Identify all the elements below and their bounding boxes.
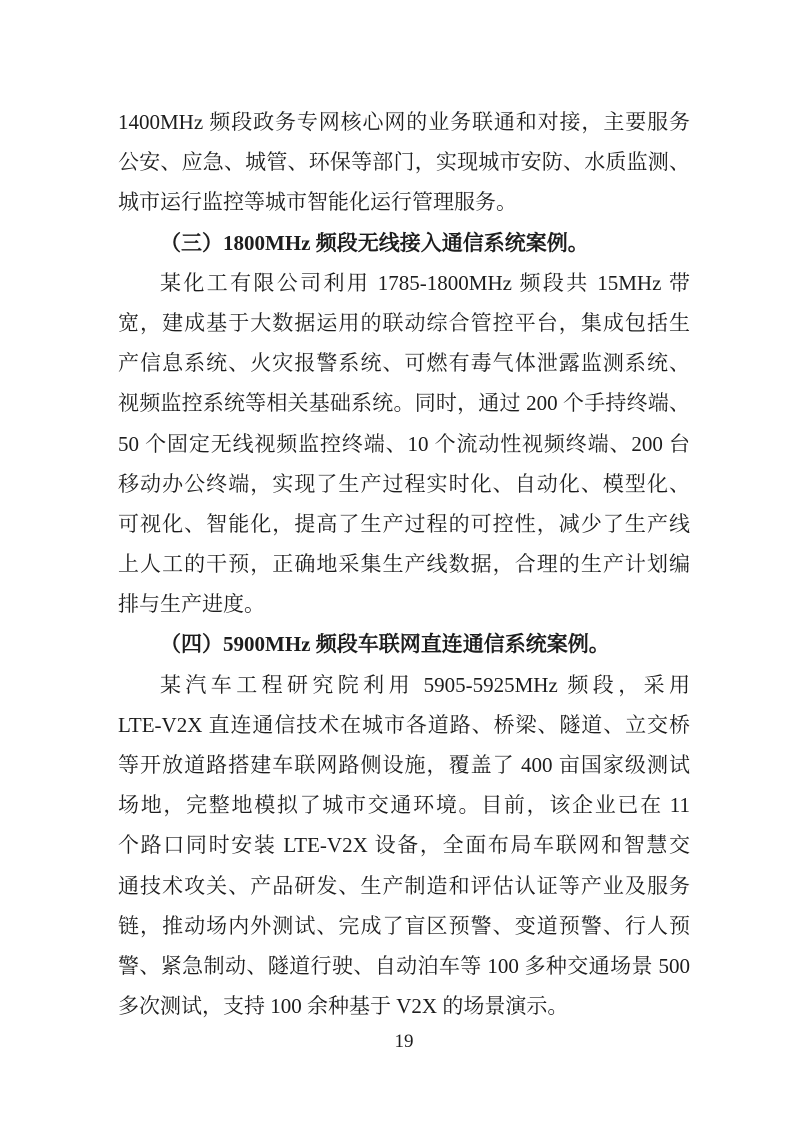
text-line: 排与生产进度。 — [118, 584, 690, 624]
section-heading: （四）5900MHz 频段车联网直连通信系统案例。 — [118, 624, 690, 664]
text-line: 场地，完整地模拟了城市交通环境。目前，该企业已在 11 — [118, 785, 690, 825]
text-line: 产信息系统、火灾报警系统、可燃有毒气体泄露监测系统、 — [118, 343, 690, 383]
text-line: 个路口同时安装 LTE-V2X 设备，全面布局车联网和智慧交 — [118, 825, 690, 865]
text-line: 某化工有限公司利用 1785-1800MHz 频段共 15MHz 带 — [118, 263, 690, 303]
text-line: 城市运行监控等城市智能化运行管理服务。 — [118, 182, 690, 222]
text-line: 等开放道路搭建车联网路侧设施，覆盖了 400 亩国家级测试 — [118, 745, 690, 785]
text-line: 宽，建成基于大数据运用的联动综合管控平台，集成包括生 — [118, 303, 690, 343]
text-line: 50 个固定无线视频监控终端、10 个流动性视频终端、200 台 — [118, 424, 690, 464]
text-line: 视频监控系统等相关基础系统。同时，通过 200 个手持终端、 — [118, 383, 690, 423]
text-line: 上人工的干预，正确地采集生产线数据，合理的生产计划编 — [118, 544, 690, 584]
text-line: 多次测试，支持 100 余种基于 V2X 的场景演示。 — [118, 986, 690, 1026]
text-line: 移动办公终端，实现了生产过程实时化、自动化、模型化、 — [118, 464, 690, 504]
text-line: 链，推动场内外测试、完成了盲区预警、变道预警、行人预 — [118, 906, 690, 946]
page-number: 19 — [118, 1031, 690, 1053]
text-line: 公安、应急、城管、环保等部门，实现城市安防、水质监测、 — [118, 142, 690, 182]
text-line: 1400MHz 频段政务专网核心网的业务联通和对接，主要服务 — [118, 102, 690, 142]
document-body: 1400MHz 频段政务专网核心网的业务联通和对接，主要服务 公安、应急、城管、… — [118, 102, 690, 1026]
text-line: 可视化、智能化，提高了生产过程的可控性，减少了生产线 — [118, 504, 690, 544]
text-line: 警、紧急制动、隧道行驶、自动泊车等 100 多种交通场景 500 — [118, 946, 690, 986]
text-line: LTE-V2X 直连通信技术在城市各道路、桥梁、隧道、立交桥 — [118, 705, 690, 745]
text-line: 某汽车工程研究院利用 5905-5925MHz 频段，采用 — [118, 665, 690, 705]
text-line: 通技术攻关、产品研发、生产制造和评估认证等产业及服务 — [118, 866, 690, 906]
document-page: { "colors": { "background": "#ffffff", "… — [0, 0, 800, 1131]
section-heading: （三）1800MHz 频段无线接入通信系统案例。 — [118, 223, 690, 263]
